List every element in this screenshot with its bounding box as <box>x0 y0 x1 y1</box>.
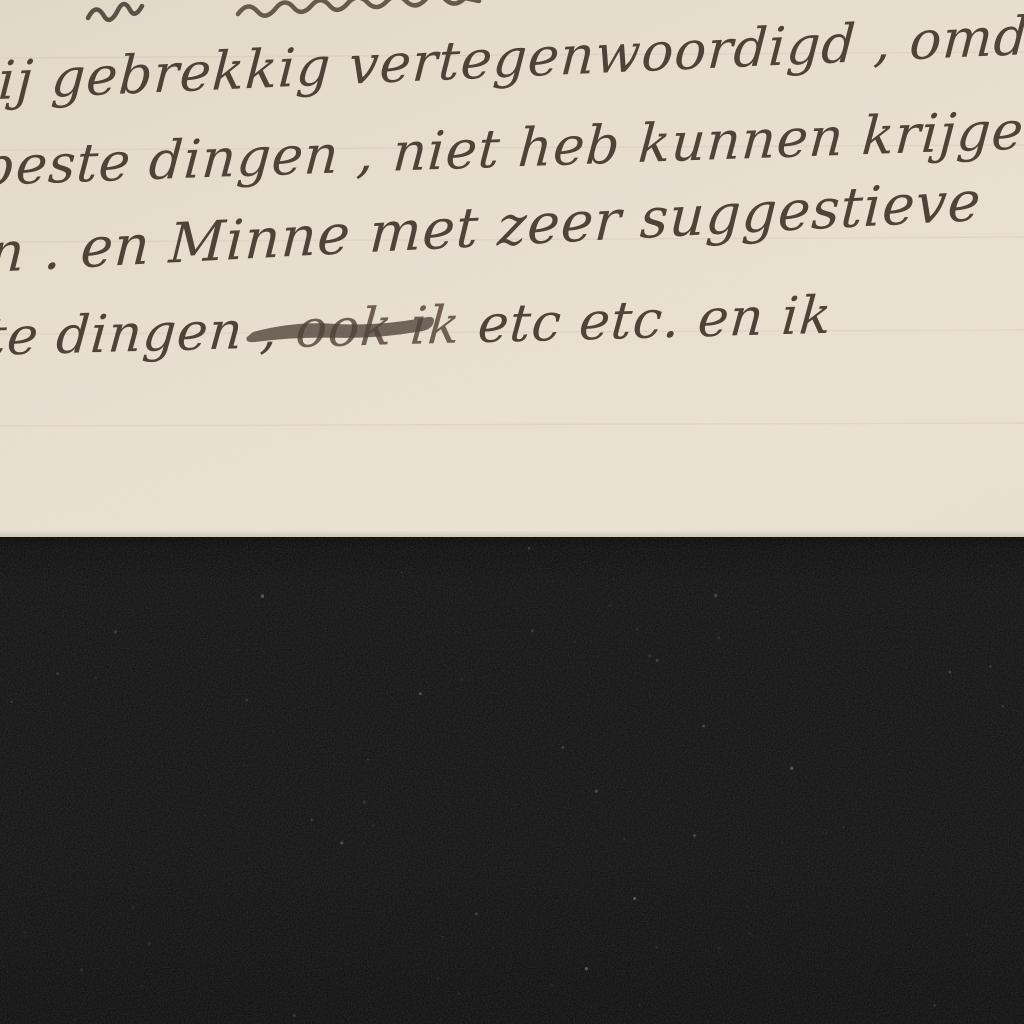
paper-sheet: tij gebrekkig vertegenwoordigd , omdat b… <box>0 0 1024 537</box>
dust-speck <box>986 925 987 926</box>
dust-speck <box>23 931 25 933</box>
dust-speck <box>460 678 463 681</box>
dust-speck <box>595 790 598 793</box>
dust-speck <box>633 897 636 900</box>
dust-speck <box>875 732 877 734</box>
dust-speck <box>131 761 132 762</box>
dust-speck <box>475 912 478 915</box>
dust-speck <box>32 661 33 662</box>
dust-speck <box>574 641 576 643</box>
dust-speck <box>843 826 844 827</box>
dust-speck <box>751 856 753 858</box>
dust-speck <box>717 636 720 639</box>
dust-speck <box>371 824 374 827</box>
letter-photograph: tij gebrekkig vertegenwoordigd , omdat b… <box>0 0 1024 1024</box>
dust-speck <box>989 665 991 667</box>
dust-speck <box>746 905 749 908</box>
dust-speck <box>95 677 97 679</box>
dust-speck <box>285 663 288 666</box>
dust-speck <box>10 701 12 703</box>
dust-speck <box>237 649 238 650</box>
dust-speck <box>724 785 725 786</box>
dust-speck <box>639 1004 641 1006</box>
dust-speck <box>56 672 58 674</box>
dust-speck <box>362 842 364 844</box>
dust-speck <box>788 670 789 671</box>
dust-speck <box>609 605 610 606</box>
dust-speck <box>934 1004 936 1006</box>
dust-speck <box>656 947 658 949</box>
dust-speck <box>171 555 172 556</box>
dust-speck <box>656 659 659 662</box>
dust-speck <box>531 629 534 632</box>
dust-speck <box>131 906 134 909</box>
dust-speck <box>458 993 459 994</box>
dust-speck <box>424 691 425 692</box>
dust-speck <box>906 667 907 668</box>
dust-speck <box>80 968 84 972</box>
dust-speck <box>781 841 783 843</box>
dust-speck <box>693 834 696 837</box>
dust-speck <box>245 699 248 702</box>
dust-speck <box>966 933 969 936</box>
dust-speck <box>825 831 828 834</box>
dust-speck <box>790 767 793 770</box>
dust-speck <box>293 1014 296 1017</box>
dust-speck <box>362 800 366 804</box>
dust-speck <box>167 869 168 870</box>
dust-speck <box>623 838 625 840</box>
dust-speck <box>949 671 952 674</box>
dust-speck <box>562 746 565 749</box>
dust-speck <box>401 572 402 573</box>
dust-speck <box>261 594 264 597</box>
dust-speck <box>48 693 50 695</box>
dust-speck <box>749 933 750 934</box>
dust-speck <box>551 984 553 986</box>
dust-speck <box>705 791 706 792</box>
dust-speck <box>528 547 531 550</box>
dust-speck <box>419 692 422 695</box>
dust-speck <box>340 841 343 844</box>
dust-speck <box>717 947 720 950</box>
dust-speck <box>585 967 588 970</box>
dust-speck <box>67 796 69 798</box>
dust-speck <box>148 942 151 945</box>
dust-speck <box>714 594 718 598</box>
dust-speck <box>418 549 419 550</box>
velvet-background <box>0 537 1024 1024</box>
dust-speck <box>226 745 227 746</box>
dust-speck <box>41 818 43 820</box>
dust-speck <box>1002 705 1005 708</box>
dust-speck <box>367 759 368 760</box>
handwriting-layer: tij gebrekkig vertegenwoordigd , omdat b… <box>0 0 1024 537</box>
velvet-texture-layer <box>0 537 1024 1024</box>
line-4-suffix: etc etc. en ik <box>458 286 834 356</box>
dust-speck <box>45 931 46 932</box>
dust-speck <box>114 630 117 633</box>
dust-speck <box>17 776 18 777</box>
dust-speck <box>442 936 443 937</box>
dust-speck <box>702 725 705 728</box>
dust-speck <box>648 654 651 657</box>
dust-speck <box>50 731 52 733</box>
velvet-grain-texture <box>0 537 1024 1024</box>
dust-speck <box>438 978 439 979</box>
dust-speck <box>310 818 313 821</box>
dust-speck <box>991 565 992 566</box>
dust-speck <box>243 764 245 766</box>
dust-speck <box>636 629 638 631</box>
dust-speck <box>141 985 142 986</box>
